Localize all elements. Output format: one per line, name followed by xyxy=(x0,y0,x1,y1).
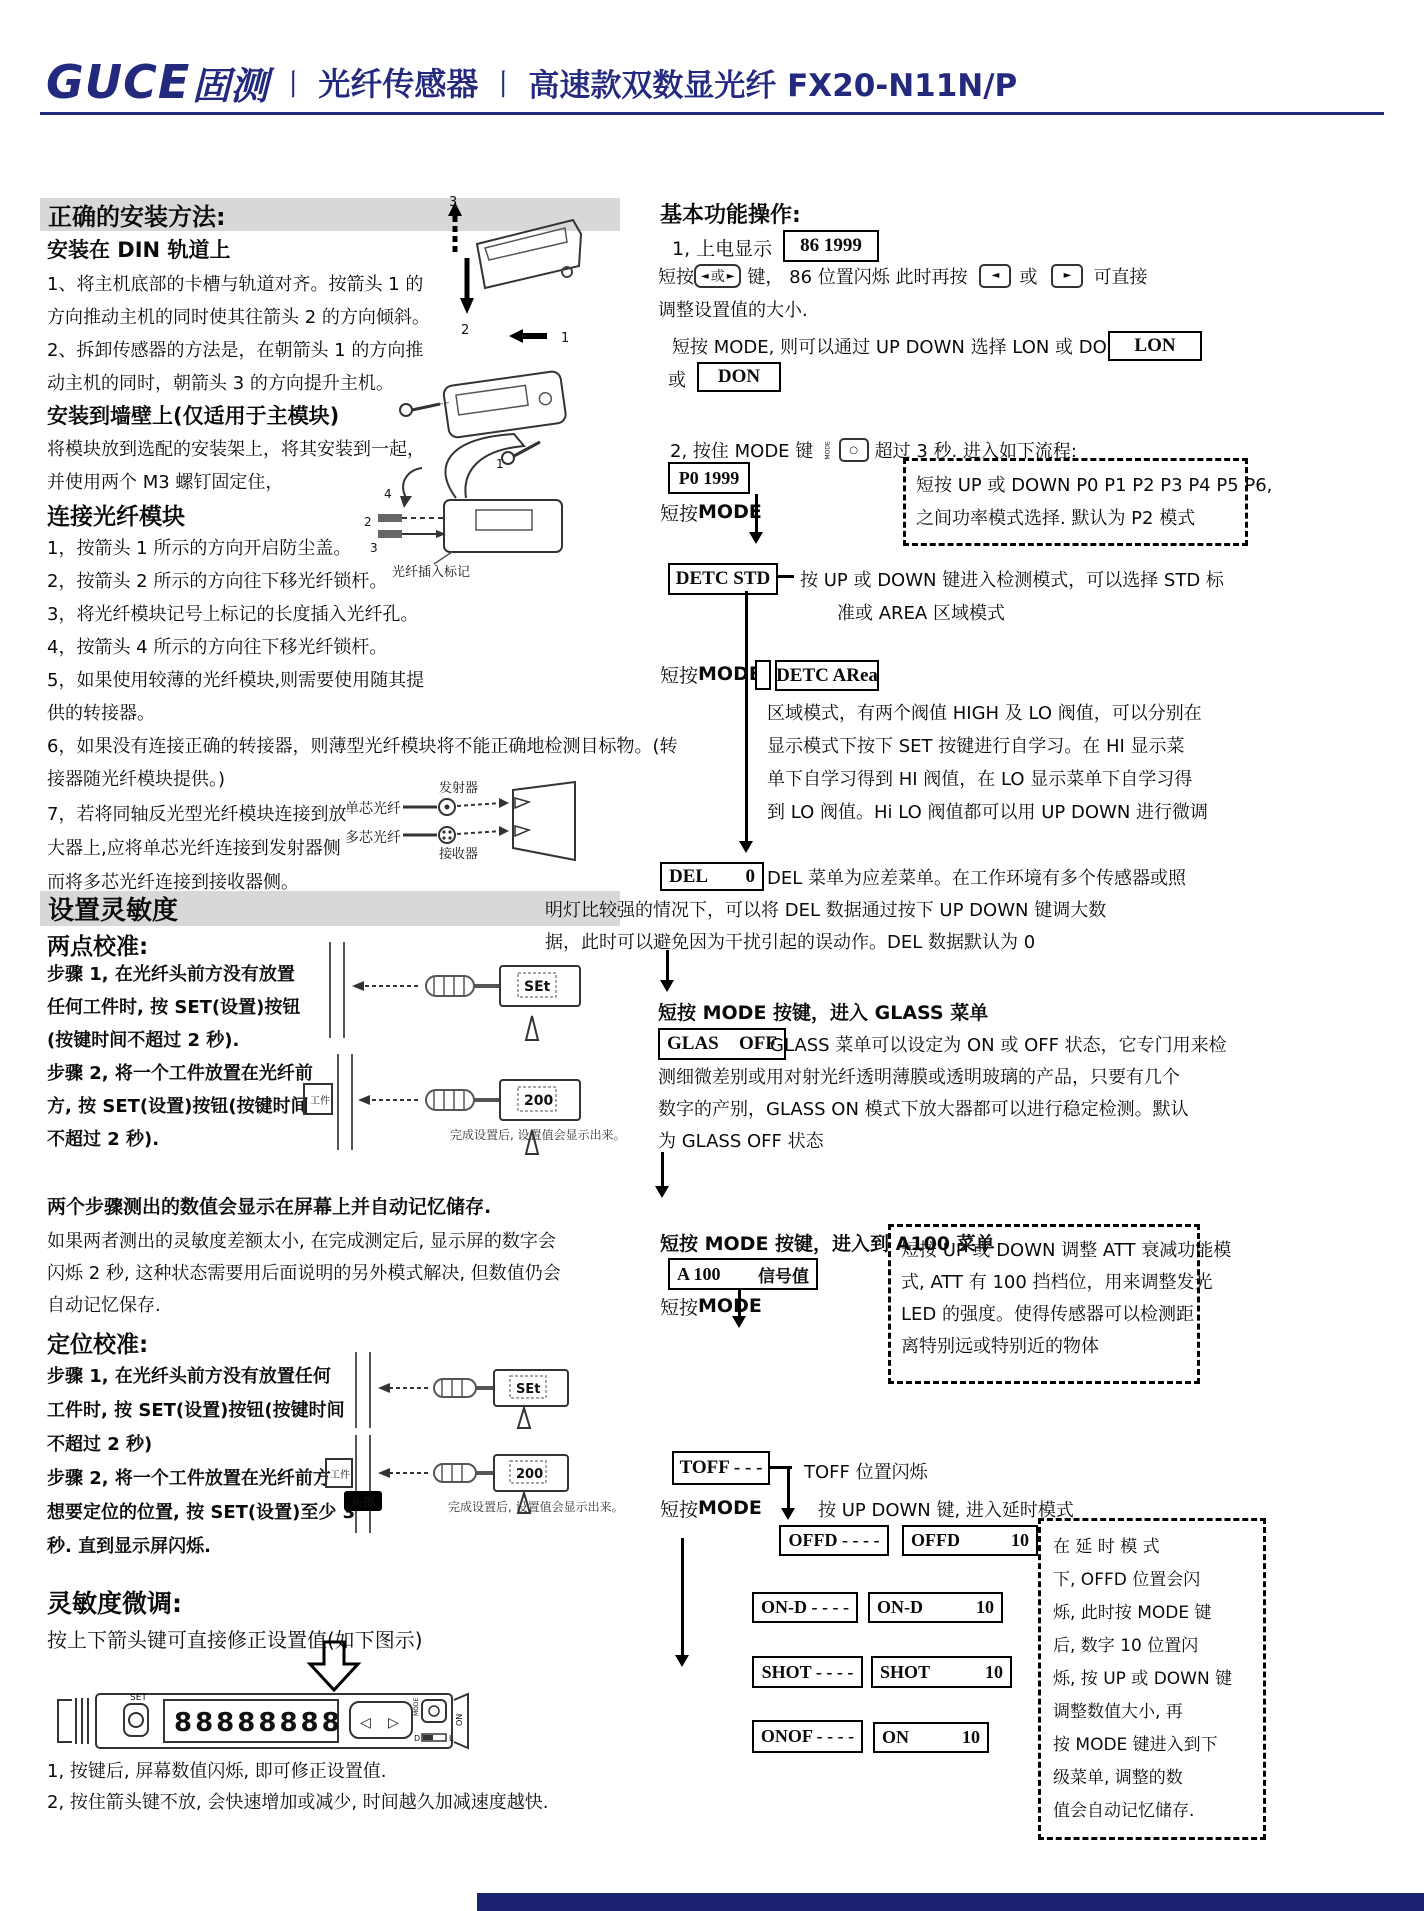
core-dot xyxy=(448,830,451,833)
text-fragment: 短按 xyxy=(658,263,694,289)
subheading-fiber: 连接光纤模块 xyxy=(47,498,185,531)
text-line: 秒. 直到显示屏闪烁. xyxy=(47,1530,355,1564)
text-line: 4，按箭头 4 所示的方向往下移光纤锁杆。 xyxy=(47,631,424,664)
menu-box-offd-value: OFFD - - - - xyxy=(789,1530,880,1551)
multi-core-label: 多芯光纤 xyxy=(345,829,401,846)
text-line: 6，如果没有连接正确的转接器，则薄型光纤模块将不能正确地检测目标物。(转 xyxy=(47,730,677,763)
right-key-icon[interactable]: ► xyxy=(727,271,735,282)
fiber-coil xyxy=(434,1379,476,1397)
menu-box-del-name: DEL xyxy=(669,866,708,888)
fiber-module-diagram: 1 4 2 3 光纤插入标记 xyxy=(348,426,580,578)
menu-box-onof: ONOF - - - - xyxy=(752,1720,863,1753)
step-1-label: 1 xyxy=(496,457,504,471)
lon-don-line: 短按 MODE, 则可以通过 UP DOWN 选择 LON 或 DON xyxy=(672,333,1120,359)
menu-box-offd: OFFD - - - - xyxy=(779,1525,889,1556)
arrow-left-head xyxy=(509,329,523,343)
beam-arrow-head xyxy=(352,981,364,991)
text-line: 显示模式下按下 SET 按键进行自学习。在 HI 显示菜 xyxy=(767,730,1208,763)
step-4-label: 4 xyxy=(384,487,392,501)
workpiece-label: 工件 xyxy=(330,1468,350,1481)
subheading-wall: 安装到墙壁上(仅适用于主模块) xyxy=(47,400,339,430)
mode-word: MODE xyxy=(698,1295,762,1317)
or-label: 或 xyxy=(668,366,686,392)
fiber-coil xyxy=(434,1464,476,1482)
menu-box-shot: SHOT - - - - xyxy=(752,1656,863,1688)
display-box-power: 86 1999 xyxy=(783,230,879,262)
finetune-notes: 1, 按键后, 屏幕数值闪烁, 即可修正设置值. 2, 按住箭头键不放, 会快速… xyxy=(47,1756,549,1818)
value-box-ond-name: ON-D xyxy=(877,1597,923,1618)
text-line: 步骤 2, 将一个工件放置在光纤前方 xyxy=(47,1462,355,1496)
glass-note-3: 数字的产别，GLASS ON 模式下放大器都可以进行稳定检测。默认 xyxy=(658,1095,1189,1121)
beam-arrow-head xyxy=(378,1468,390,1478)
value-box-onof-name: ON xyxy=(882,1727,909,1748)
del-note-1: DEL 菜单为应差菜单。在工作环境有多个传感器或照 xyxy=(767,864,1186,890)
subheading-finetune: 灵敏度微调: xyxy=(47,1584,182,1620)
press-mode-label: 短按 MODE xyxy=(660,1294,762,1318)
text-fragment: 短按 xyxy=(660,661,698,688)
calibration-diagram-step1: SEt xyxy=(268,938,583,1043)
text-line: 大器上,应将单芯光纤连接到发射器侧 xyxy=(47,832,346,866)
amplifier-display xyxy=(476,510,532,530)
menu-box-detc-std-value: DETC STD xyxy=(676,568,771,590)
text-line: 步骤 1, 在光纤头前方没有放置任何 xyxy=(47,1360,355,1394)
single-core-dot xyxy=(445,805,450,810)
arrow-1-label: 1 xyxy=(561,331,569,346)
text-fragment: 或 xyxy=(711,266,725,286)
text-fragment: 2, 按住 MODE 键 xyxy=(670,437,813,463)
flow-arrow xyxy=(787,1466,790,1516)
menu-box-a100: A 100 信号值 xyxy=(668,1258,818,1290)
display-box-don: DON xyxy=(697,362,781,392)
din-instructions: 1、将主机底部的卡槽与轨道对齐。按箭头 1 的 方向推动主机的同时使其往箭头 2… xyxy=(47,268,430,400)
text-line: 闪烁 2 秒, 这种状态需要用后面说明的另外模式解决, 但数值仍会 xyxy=(47,1258,561,1290)
hand-pointer-icon xyxy=(518,1493,530,1513)
text-line: 2、拆卸传感器的方法是，在朝箭头 1 的方向推 xyxy=(47,334,430,367)
adjust-line-2: 调整设置值的大小. xyxy=(658,296,808,322)
flow-gap-box xyxy=(755,660,771,690)
section-heading-sensitivity: 设置灵敏度 xyxy=(40,891,620,926)
mode-key-glyph: ○ xyxy=(839,438,869,462)
hand-pointer-icon xyxy=(526,1016,538,1040)
menu-box-ond-value: ON-D - - - - xyxy=(761,1597,849,1618)
area-mode-note: 区域模式，有两个阀值 HIGH 及 LO 阀值，可以分别在 显示模式下按下 SE… xyxy=(767,697,1208,829)
text-line: LED 的强度。使得传感器可以检测距 xyxy=(901,1299,1187,1331)
down-key-icon[interactable]: ◄ xyxy=(979,264,1011,288)
mode-button[interactable] xyxy=(422,1700,446,1722)
display-digits: 88888888 xyxy=(174,1708,343,1738)
mode-word: MODE xyxy=(698,501,762,523)
text-line: 1、将主机底部的卡槽与轨道对齐。按箭头 1 的 xyxy=(47,268,430,301)
display-value: SEt xyxy=(516,1382,540,1397)
core-dot xyxy=(448,836,451,839)
text-line: 按 MODE 键进入到下 xyxy=(1053,1729,1251,1762)
brand-logo-cn: 固测 xyxy=(192,55,268,110)
display-value: SEt xyxy=(524,979,551,995)
brand-logo: GUCE xyxy=(46,55,190,109)
page-header: GUCE 固测 丨 光纤传感器 丨 高速款双数显光纤 FX20-N11N/P xyxy=(46,58,1017,106)
twopoint-note-bold: 两个步骤测出的数值会显示在屏幕上并自动记忆储存. xyxy=(47,1192,491,1219)
menu-box-detc-area: DETC ARea xyxy=(775,660,879,691)
amplifier-wedge xyxy=(513,782,575,860)
section-heading-basic: 基本功能操作: xyxy=(660,198,801,229)
din-clip xyxy=(58,1700,72,1742)
fiber-mark-label: 光纤插入标记 xyxy=(392,564,470,580)
left-key-icon[interactable]: ◄ xyxy=(701,271,709,282)
beam-arrow-head xyxy=(378,1383,390,1393)
twopoint-note: 如果两者测出的灵敏度差额太小, 在完成测定后, 显示屏的数字会 闪烁 2 秒, … xyxy=(47,1226,561,1322)
workpiece-label: 工件 xyxy=(310,1094,330,1107)
menu-box-toff-value: TOFF - - - xyxy=(680,1457,763,1479)
menu-box-detc-area-value: DETC ARea xyxy=(776,665,878,687)
text-line: 供的转接器。 xyxy=(47,697,424,730)
text-line: 后, 数字 10 位置闪 xyxy=(1053,1630,1251,1663)
value-box-onof: ON 10 xyxy=(873,1722,989,1753)
recv-arrow xyxy=(457,831,501,834)
emitter-port xyxy=(515,798,529,808)
delay-mode-note: 按 UP DOWN 键, 进入延时模式 xyxy=(818,1496,1074,1522)
text-line: 如果两者测出的灵敏度差额太小, 在完成测定后, 显示屏的数字会 xyxy=(47,1226,561,1258)
section-heading-sensitivity-label: 设置灵敏度 xyxy=(48,890,178,927)
fiber-coil xyxy=(426,1090,474,1110)
key-glyph: ► xyxy=(1064,271,1072,281)
text-line: 烁, 按 UP 或 DOWN 键 xyxy=(1053,1663,1251,1696)
coax-fiber-diagram: 单芯光纤 多芯光纤 发射器 接收器 xyxy=(343,780,580,868)
menu-box-a100-value: 信号值 xyxy=(758,1262,809,1287)
value-box-onof-value: 10 xyxy=(962,1727,980,1748)
power-mode-note: 短按 UP 或 DOWN P0 P1 P2 P3 P4 P5 P6, 之间功率模… xyxy=(903,458,1248,546)
set-button[interactable] xyxy=(124,1704,148,1736)
menu-box-p0: P0 1999 xyxy=(668,462,750,494)
flow-arrow xyxy=(661,1152,664,1194)
text-line: 工件时, 按 SET(设置)按钮(按键时间 xyxy=(47,1394,355,1428)
menu-box-onof-value: ONOF - - - - xyxy=(761,1726,854,1747)
header-category: 光纤传感器 xyxy=(318,59,478,105)
adjust-line-1: 短按 ◄ 或 ► 键， 86 位置闪烁 此时再按 ◄ 或 ► 可直接 xyxy=(658,262,1147,290)
del-note-3: 据，此时可以避免因为干扰引起的误动作。DEL 数据默认为 0 xyxy=(545,928,1035,954)
text-line: 想要定位的位置, 按 SET(设置)至少 3 xyxy=(47,1496,355,1530)
mode-word: MODE xyxy=(698,663,762,685)
display-value: 200 xyxy=(524,1093,553,1109)
display-box-power-value: 86 1999 xyxy=(800,235,862,257)
flow-arrow xyxy=(755,494,758,540)
delay-mode-detail-note: 在 延 时 模 式 下, OFFD 位置会闪 烁, 此时按 MODE 键 后, … xyxy=(1038,1518,1266,1840)
updown-keys-icon[interactable]: ◄ 或 ► xyxy=(694,264,741,288)
up-arrow-button[interactable]: ▷ xyxy=(388,1715,399,1731)
text-line: 下, OFFD 位置会闪 xyxy=(1053,1564,1251,1597)
text-line: 短按 UP 或 DOWN P0 P1 P2 P3 P4 P5 P6, xyxy=(916,469,1235,502)
text-line: 不超过 2 秒) xyxy=(47,1428,355,1462)
mode-key-label: MODE xyxy=(825,441,832,459)
text-fragment: 短按 xyxy=(660,1495,698,1522)
core-dot xyxy=(442,830,445,833)
mode-button-dot xyxy=(429,1706,439,1716)
label-leader xyxy=(434,552,452,564)
mode-word: MODE xyxy=(698,1497,762,1519)
menu-box-ond: ON-D - - - - xyxy=(752,1592,858,1623)
header-divider-1: 丨 xyxy=(278,60,308,104)
text-line: 式, ATT 有 100 挡档位，用来调整发光 xyxy=(901,1267,1187,1299)
recv-arrow-head xyxy=(499,826,509,836)
step-2-label: 2 xyxy=(364,515,372,529)
text-line: 动主机的同时，朝箭头 3 的方向提升主机。 xyxy=(47,367,430,400)
arrow-down-head xyxy=(460,298,474,314)
text-line: 短按 UP 或 DOWN 调整 ATT 衰减功能模 xyxy=(901,1235,1187,1267)
set-button-label: SET xyxy=(130,1693,147,1703)
amplifier-body xyxy=(444,500,562,552)
menu-box-del: DEL 0 xyxy=(660,862,764,891)
value-box-ond: ON-D 10 xyxy=(868,1592,1003,1623)
sensor-display-slot xyxy=(485,228,567,260)
subheading-twopoint: 两点校准: xyxy=(47,928,148,961)
dust-cover-open xyxy=(445,434,524,498)
text-line: 到 LO 阀值。Hi LO 阀值都可以用 UP DOWN 进行微调 xyxy=(767,796,1208,829)
screw-shaft xyxy=(412,404,440,410)
position-diagram-step2: 工件 头部 200 xyxy=(318,1433,580,1551)
set-button-dot xyxy=(129,1713,143,1727)
del-note-2: 明灯比较强的情况下，可以将 DEL 数据通过按下 UP DOWN 键调大数 xyxy=(545,896,1106,922)
manual-page: GUCE 固测 丨 光纤传感器 丨 高速款双数显光纤 FX20-N11N/P 正… xyxy=(0,0,1424,1911)
on-label: ON xyxy=(455,1714,464,1726)
flow-arrow-long xyxy=(681,1538,684,1663)
menu-box-del-value: 0 xyxy=(746,866,756,888)
lever-arrow-head xyxy=(400,496,412,508)
position-diagram-step1: SEt xyxy=(318,1350,580,1430)
step-3-label: 3 xyxy=(370,541,378,555)
text-line: 在 延 时 模 式 xyxy=(1053,1531,1251,1564)
press-mode-label: 短按 MODE xyxy=(660,660,762,688)
lever-arrow xyxy=(403,468,422,498)
key-glyph: ◄ xyxy=(992,271,1000,281)
text-line: 值会自动记忆储存. xyxy=(1053,1795,1251,1828)
value-box-offd: OFFD 10 xyxy=(902,1525,1038,1556)
glass-note-4: 为 GLASS OFF 状态 xyxy=(658,1127,824,1153)
value-box-shot-name: SHOT xyxy=(880,1662,930,1683)
press-mode-label: 短按 MODE xyxy=(660,1496,762,1520)
arrow-2-label: 2 xyxy=(461,323,469,338)
footer-bar xyxy=(477,1893,1424,1911)
value-box-offd-name: OFFD xyxy=(911,1530,960,1551)
section-heading-install-label: 正确的安装方法: xyxy=(48,197,226,232)
menu-box-a100-name: A 100 xyxy=(677,1264,721,1285)
page-title: 高速款双数显光纤 FX20-N11N/P xyxy=(528,60,1017,105)
flow-line-std-del xyxy=(745,591,748,849)
detc-note-1: 按 UP 或 DOWN 键进入检测模式，可以选择 STD 标 xyxy=(800,566,1224,592)
beam-arrow-head xyxy=(358,1095,370,1105)
att-note: 短按 UP 或 DOWN 调整 ATT 衰减功能模 式, ATT 有 100 挡… xyxy=(888,1224,1200,1384)
emit-arrow-head xyxy=(499,798,509,808)
hand-pointer-icon xyxy=(526,1130,538,1154)
big-down-arrow-icon xyxy=(298,1642,370,1692)
flow-arrow xyxy=(738,1288,741,1324)
text-line: 7，若将同轴反光型光纤模块连接到放 xyxy=(47,798,346,832)
menu-box-toff: TOFF - - - xyxy=(672,1451,770,1485)
press-mode-label: 短按 MODE xyxy=(660,500,762,524)
value-box-ond-value: 10 xyxy=(976,1597,994,1618)
switch-d-label: D xyxy=(414,1734,420,1743)
text-fragment: 键， 86 位置闪烁 此时再按 xyxy=(747,263,967,289)
menu-box-detc-std: DETC STD xyxy=(668,563,778,595)
power-on-label: 1, 上电显示 xyxy=(672,234,772,261)
menu-box-shot-value: SHOT - - - - xyxy=(762,1662,854,1683)
fiber-plug xyxy=(378,514,402,522)
glass-note-2: 测细微差别或用对射光纤透明薄膜或透明玻璃的产品，只要有几个 xyxy=(658,1063,1180,1089)
value-box-shot: SHOT 10 xyxy=(871,1656,1012,1688)
display-value: 200 xyxy=(516,1467,543,1482)
text-line: 调整数值大小, 再 xyxy=(1053,1696,1251,1729)
hand-pointer-icon xyxy=(518,1408,530,1428)
toff-blink-note: TOFF 位置闪烁 xyxy=(804,1458,928,1484)
glass-menu-heading: 短按 MODE 按键，进入 GLASS 菜单 xyxy=(658,998,988,1025)
amplifier-display xyxy=(456,385,528,415)
text-f ragment: 短按 xyxy=(660,1293,698,1320)
position-steps: 步骤 1, 在光纤头前方没有放置任何 工件时, 按 SET(设置)按钮(按键时间… xyxy=(47,1360,355,1564)
text-line: 2, 按住箭头键不放, 会快速增加或减少, 时间越久加减速度越快. xyxy=(47,1787,549,1818)
menu-box-p0-value: P0 1999 xyxy=(679,468,740,489)
receiver-port xyxy=(515,826,529,836)
single-core-label: 单芯光纤 xyxy=(345,800,401,817)
mode-key-icon[interactable]: MODE ○ xyxy=(819,438,868,462)
connector-line xyxy=(778,575,794,578)
text-line: 3，将光纤模块记号上标记的长度插入光纤孔。 xyxy=(47,598,424,631)
down-arrow-button[interactable]: ◁ xyxy=(360,1715,371,1731)
text-line: 5，如果使用较薄的光纤模块,则需要使用随其提 xyxy=(47,664,424,697)
screw-icon xyxy=(400,404,412,416)
menu-box-glas: GLAS OFF xyxy=(658,1028,786,1060)
multi-core-end xyxy=(439,827,455,843)
text-line: 方向推动主机的同时使其往箭头 2 的方向倾斜。 xyxy=(47,301,430,334)
switch-l-label: L xyxy=(449,1734,454,1743)
text-line: 之间功率模式选择. 默认为 P2 模式 xyxy=(916,502,1235,535)
dl-switch-knob xyxy=(423,1735,433,1740)
value-box-offd-value: 10 xyxy=(1011,1530,1029,1551)
receiver-label: 接收器 xyxy=(439,846,478,862)
coax-instructions: 7，若将同轴反光型光纤模块连接到放 大器上,应将单芯光纤连接到发射器侧 而将多芯… xyxy=(47,798,346,900)
mount-hole xyxy=(539,392,553,406)
subheading-position: 定位校准: xyxy=(47,1326,148,1359)
flow-arrow xyxy=(666,950,669,988)
emit-arrow xyxy=(457,803,501,806)
text-fragment: 短按 xyxy=(660,499,698,526)
text-line: 单下自学习得到 HI 阀值，在 LO 显示菜单下自学习得 xyxy=(767,763,1208,796)
text-line: 烁, 此时按 MODE 键 xyxy=(1053,1597,1251,1630)
detc-note-2: 准或 AREA 区域模式 xyxy=(837,599,1005,625)
display-box-lon-value: LON xyxy=(1134,335,1175,357)
fiber-plug xyxy=(378,530,402,538)
text-line: 自动记忆保存. xyxy=(47,1290,561,1322)
header-divider-2: 丨 xyxy=(488,60,518,104)
up-key-icon[interactable]: ► xyxy=(1051,264,1083,288)
calibration-diagram-step2: 工件 200 xyxy=(268,1050,583,1158)
head-badge-label: 头部 xyxy=(351,1494,375,1509)
display-box-don-value: DON xyxy=(718,366,760,388)
value-box-shot-value: 10 xyxy=(985,1662,1003,1683)
core-dot xyxy=(442,836,445,839)
text-line: 离特别远或特别近的物体 xyxy=(901,1331,1187,1363)
text-line: 1, 按键后, 屏幕数值闪烁, 即可修正设置值. xyxy=(47,1756,549,1787)
amplifier-device-diagram: SET 88888888 ◁ ▷ MODE D L ON xyxy=(52,1686,474,1756)
text-fragment: 可直接 xyxy=(1093,263,1147,289)
subheading-din: 安装在 DIN 轨道上 xyxy=(47,234,230,264)
fiber-coil xyxy=(426,976,474,996)
header-rule xyxy=(40,112,1384,115)
din-mount-diagram: 3 2 1 xyxy=(415,186,585,354)
text-line: 区域模式，有两个阀值 HIGH 及 LO 阀值，可以分别在 xyxy=(767,697,1208,730)
display-box-lon: LON xyxy=(1108,331,1202,361)
mode-button-label: MODE xyxy=(413,1697,420,1716)
glass-note-1: GLASS 菜单可以设定为 ON 或 OFF 状态，它专门用来检 xyxy=(770,1031,1227,1057)
text-fragment: 或 xyxy=(1019,263,1037,289)
emitter-label: 发射器 xyxy=(439,781,478,796)
menu-box-glas-name: GLAS xyxy=(667,1033,719,1055)
text-line: 级菜单, 调整的数 xyxy=(1053,1762,1251,1795)
